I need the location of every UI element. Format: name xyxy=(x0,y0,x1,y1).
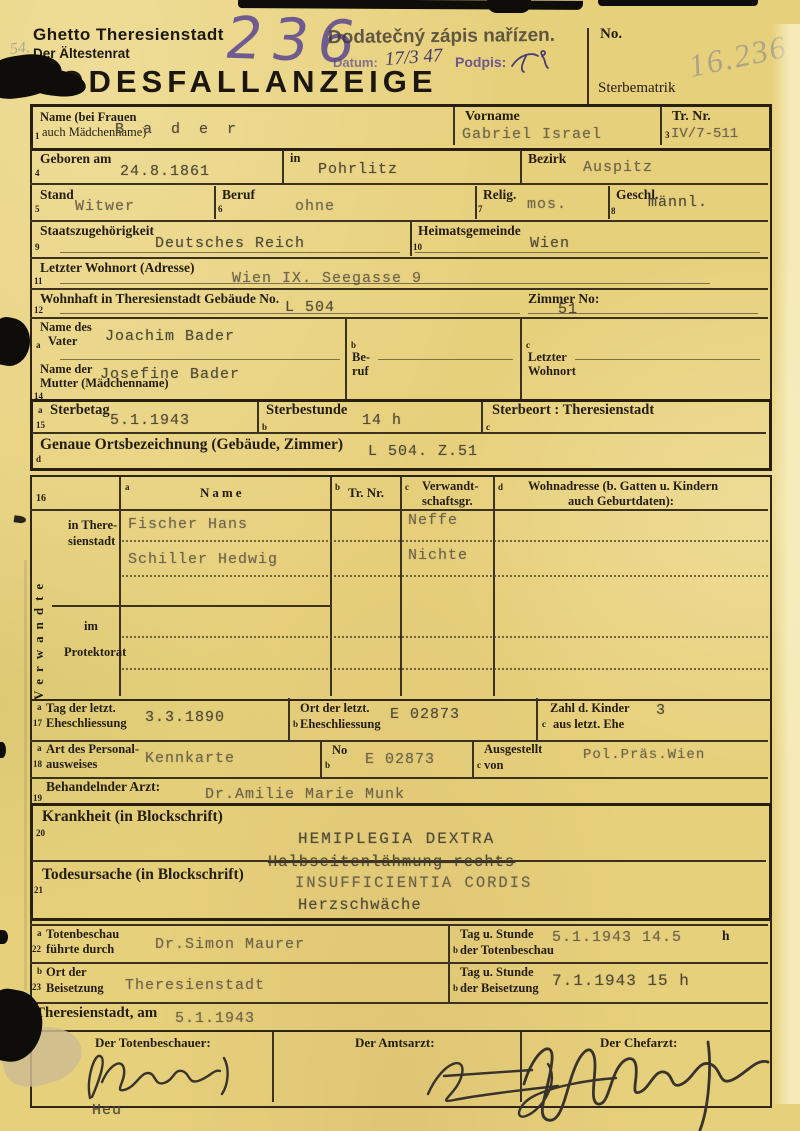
divider xyxy=(453,107,455,145)
geschl-value: männl. xyxy=(648,194,708,211)
kinder-label2: aus letzt. Ehe xyxy=(553,718,624,731)
todesursache-label: Todesursache (in Blockschrift) xyxy=(42,868,244,881)
col-letter: d xyxy=(498,482,503,492)
relative-name: Fischer Hans xyxy=(128,516,248,533)
relative-relation: Nichte xyxy=(408,547,468,564)
dotted-rule xyxy=(122,636,768,638)
todesursache-value-german: Herzschwäche xyxy=(298,896,422,914)
bottom-note: Heu xyxy=(92,1102,122,1119)
ausweis-label: Art des Personal- xyxy=(46,743,139,756)
col-wohnadresse: Wohnadresse (b. Gatten u. Kindern xyxy=(528,480,718,493)
dotted-rule xyxy=(122,540,768,542)
divider xyxy=(536,698,538,740)
field-num: 12 xyxy=(34,305,43,315)
divider xyxy=(282,150,284,183)
field-num: 3 xyxy=(665,130,670,140)
kinder-value: 3 xyxy=(656,702,666,719)
col-verwandtschaft2: schaftsgr. xyxy=(422,495,473,508)
divider xyxy=(660,107,662,145)
ausweis-no-label: No xyxy=(332,744,347,757)
signature-chefarzt xyxy=(512,1032,780,1131)
side-label-verwandte: Verwandte xyxy=(32,505,45,700)
header-divider xyxy=(587,28,589,106)
sterbematrik-label: Sterbematrik xyxy=(598,82,675,95)
ortsbezeichnung-value: L 504. Z.51 xyxy=(368,443,478,460)
field-num: 16 xyxy=(36,493,46,504)
trnr-value: IV/7-511 xyxy=(671,126,738,142)
rule-line xyxy=(60,283,710,284)
beisetzung-zeit-value: 7.1.1943 15 h xyxy=(552,972,690,990)
totenbeschau-label: Totenbeschau xyxy=(46,928,119,941)
geboren-value: 24.8.1861 xyxy=(120,163,210,180)
margin-speck xyxy=(0,930,8,944)
rule-line xyxy=(60,313,520,314)
ausgestellt-label2: von xyxy=(484,759,503,772)
col-verwandtschaft: Verwandt- xyxy=(422,480,478,493)
field-letter: c xyxy=(477,760,481,770)
row-line xyxy=(30,220,768,222)
todesursache-value-latin: INSUFFICIENTIA CORDIS xyxy=(295,874,532,892)
field-letter: b xyxy=(293,719,298,729)
ehe-tag-label2: Eheschliessung xyxy=(46,717,127,730)
in-label: in xyxy=(290,152,300,165)
divider xyxy=(214,186,216,219)
field-letter: b xyxy=(262,422,267,432)
stand-label: Stand xyxy=(40,188,74,201)
field-letter: b xyxy=(453,983,458,993)
sterbe-box xyxy=(30,399,772,471)
divider xyxy=(475,186,477,219)
field-letter: a xyxy=(38,405,43,415)
beisetzung-ort-value: Theresienstadt xyxy=(125,977,265,994)
field-letter: b xyxy=(453,945,458,955)
tb-zeit-label: Tag u. Stunde xyxy=(460,928,534,941)
group-theresienstadt2: sienstadt xyxy=(68,535,115,548)
field-letter: a xyxy=(37,743,42,753)
stamp-podpis-label: Podpis: xyxy=(455,54,506,70)
geboren-label: Geboren am xyxy=(40,152,111,165)
vater-value: Joachim Bader xyxy=(105,328,235,345)
ausweis-value: Kennkarte xyxy=(145,750,235,767)
beisetzung-zeit-label2: der Beisetzung xyxy=(460,982,539,995)
relig-label: Relig. xyxy=(483,188,516,201)
divider xyxy=(448,925,450,1002)
divider xyxy=(400,477,402,696)
group-protektorat: im xyxy=(84,620,98,633)
col-letter: a xyxy=(125,482,130,492)
beisetzung-ort-label: Ort der xyxy=(46,966,87,979)
footer-date-value: 5.1.1943 xyxy=(175,1010,255,1027)
divider xyxy=(472,741,474,777)
field-num: 4 xyxy=(35,168,40,178)
field-num: 17 xyxy=(33,718,42,728)
tb-zeit-label2: der Totenbeschau xyxy=(460,944,554,957)
krankheit-value-latin: HEMIPLEGIA DEXTRA xyxy=(298,830,495,848)
field-num: 11 xyxy=(34,276,43,286)
stamp-signature xyxy=(508,46,552,76)
krankheit-value-german: Halbseitenlähmung rechts xyxy=(268,853,515,871)
field-letter: a xyxy=(37,928,42,938)
right-margin-light xyxy=(772,24,800,1104)
dotted-rule xyxy=(122,575,768,577)
divider xyxy=(257,402,259,432)
beisetzung-ort-label2: Beisetzung xyxy=(46,982,104,995)
field-letter: b xyxy=(351,340,356,350)
row-line xyxy=(30,509,768,511)
ehe-ort-label2: Eheschliessung xyxy=(300,718,381,731)
field-num: 22 xyxy=(32,944,41,954)
divider xyxy=(345,318,347,399)
mutter-label: Name der xyxy=(40,363,92,376)
geburtsort-value: Pohrlitz xyxy=(318,161,398,178)
org-name: Ghetto Theresienstadt xyxy=(33,25,224,45)
staat-label: Staatszugehörigkeit xyxy=(40,224,154,237)
totenbeschau-value: Dr.Simon Maurer xyxy=(155,936,305,953)
form-title: TODESFALLANZEIGE xyxy=(36,64,438,100)
rule-line xyxy=(415,252,760,253)
field-num: 5 xyxy=(35,204,40,214)
zimmer-value: 51 xyxy=(558,301,578,318)
field-num: 15 xyxy=(36,420,45,430)
col-name: Name xyxy=(200,486,245,499)
eltern-wohnort-label: Letzter xyxy=(528,351,567,364)
divider xyxy=(520,150,522,183)
staat-value: Deutsches Reich xyxy=(155,235,305,252)
arzt-label: Behandelnder Arzt: xyxy=(46,780,160,793)
wohnhaft-label: Wohnhaft in Theresienstadt Gebäude No. xyxy=(40,292,279,305)
sterbetag-value: 5.1.1943 xyxy=(110,412,190,429)
vorname-value: Gabriel Israel xyxy=(462,126,602,143)
trnr-label: Tr. Nr. xyxy=(672,110,711,123)
row-line xyxy=(30,288,768,290)
ausweis-label2: ausweises xyxy=(46,758,97,771)
ausweis-no-value: E 02873 xyxy=(365,751,435,768)
ausgestellt-value: Pol.Präs.Wien xyxy=(583,747,705,763)
signature-totenbeschauer xyxy=(82,1042,242,1104)
field-letter: b xyxy=(325,760,330,770)
divider xyxy=(481,402,483,432)
row-line xyxy=(30,924,768,926)
field-letter: b xyxy=(37,966,42,976)
margin-speck xyxy=(0,742,6,758)
row-line xyxy=(30,317,768,319)
field-letter: c xyxy=(526,340,530,350)
stand-value: Witwer xyxy=(75,198,135,215)
margin-mark xyxy=(14,515,27,524)
field-letter: a xyxy=(36,340,41,350)
kinder-label: Zahl d. Kinder xyxy=(550,702,630,715)
group-protektorat2: Protektorat xyxy=(64,646,126,659)
relative-relation: Neffe xyxy=(408,512,458,529)
col-wohnadresse2: auch Geburtdaten): xyxy=(568,495,674,508)
sterbeort-label: Sterbeort : Theresienstadt xyxy=(492,404,654,417)
sterbestunde-value: 14 h xyxy=(362,412,402,429)
col-trnr: Tr. Nr. xyxy=(348,486,384,499)
group-separator xyxy=(52,605,330,607)
beisetzung-zeit-label: Tag u. Stunde xyxy=(460,966,534,979)
footer-place-label: Theresienstadt, am xyxy=(35,1007,157,1020)
rule-line xyxy=(528,313,758,314)
divider xyxy=(119,477,121,696)
field-letter: c xyxy=(486,422,490,432)
scan-edge-mark xyxy=(487,0,531,13)
divider xyxy=(520,318,522,399)
heimat-label: Heimatsgemeinde xyxy=(418,224,521,237)
sterbestunde-label: Sterbestunde xyxy=(266,404,347,417)
field-num: 19 xyxy=(33,793,42,803)
totenbeschau-label2: führte durch xyxy=(46,943,114,956)
sterbetag-label: Sterbetag xyxy=(50,404,110,417)
no-label: No. xyxy=(600,28,622,41)
field-num: 7 xyxy=(478,204,483,214)
field-num: 23 xyxy=(32,982,41,992)
ehe-ort-value: E 02873 xyxy=(390,706,460,723)
tb-zeit-unit: h xyxy=(722,929,730,942)
wohnort-value: Wien IX. Seegasse 9 xyxy=(232,270,422,287)
relig-value: mos. xyxy=(527,196,567,213)
ortsbezeichnung-label: Genaue Ortsbezeichnung (Gebäude, Zimmer) xyxy=(40,438,343,451)
col-letter: b xyxy=(335,482,340,492)
field-num: 20 xyxy=(36,828,45,838)
field-num: 18 xyxy=(33,759,42,769)
krankheit-label: Krankheit (in Blockschrift) xyxy=(42,810,223,823)
ausgestellt-label: Ausgestellt xyxy=(484,743,542,756)
bezirk-value: Auspitz xyxy=(583,159,653,176)
row-line xyxy=(30,1002,768,1004)
vater-label: Name des xyxy=(40,321,92,334)
vater-label2: Vater xyxy=(48,335,77,348)
rule-line xyxy=(60,359,340,360)
eltern-beruf-label: Be- xyxy=(352,351,370,364)
field-letter: a xyxy=(37,702,42,712)
field-num: 1 xyxy=(35,131,40,141)
col-letter: c xyxy=(405,482,409,492)
field-num: 6 xyxy=(218,204,223,214)
bezirk-label: Bezirk xyxy=(528,152,566,165)
field-num: 21 xyxy=(34,885,43,895)
arzt-value: Dr.Amilie Marie Munk xyxy=(205,786,405,803)
field-num: 9 xyxy=(35,242,40,252)
divider xyxy=(330,477,332,696)
row-line xyxy=(30,740,768,742)
eltern-beruf-label2: ruf xyxy=(352,365,369,378)
name-value: B a d e r xyxy=(115,121,241,138)
field-letter: c xyxy=(542,719,546,729)
left-crease xyxy=(24,560,27,990)
row-line xyxy=(30,183,768,185)
divider xyxy=(410,222,412,256)
divider xyxy=(272,1032,274,1102)
field-num: 10 xyxy=(413,242,422,252)
group-theresienstadt: in There- xyxy=(68,519,117,532)
sig-amtsarzt-label: Der Amtsarzt: xyxy=(355,1036,435,1049)
row-line xyxy=(32,432,766,434)
rule-line xyxy=(378,359,513,360)
wohnort-label: Letzter Wohnort (Adresse) xyxy=(40,261,194,274)
relative-name: Schiller Hedwig xyxy=(128,551,278,568)
beruf-label: Beruf xyxy=(222,188,255,201)
divider xyxy=(288,698,290,740)
field-num: 8 xyxy=(611,206,616,216)
vorname-label: Vorname xyxy=(465,110,520,123)
ehe-tag-label: Tag der letzt. xyxy=(46,702,116,715)
field-letter: d xyxy=(36,454,41,464)
dotted-rule xyxy=(122,668,768,670)
heimat-value: Wien xyxy=(530,235,570,252)
divider xyxy=(320,741,322,777)
divider xyxy=(608,186,610,219)
scan-edge-mark xyxy=(598,0,758,6)
ehe-ort-label: Ort der letzt. xyxy=(300,702,370,715)
row-line xyxy=(30,257,768,259)
beruf-value: ohne xyxy=(295,198,335,215)
tb-zeit-value: 5.1.1943 14.5 xyxy=(552,929,682,946)
divider xyxy=(493,477,495,696)
scanned-form-page: 54. Ghetto Theresienstadt Der Ältestenra… xyxy=(0,0,800,1131)
rule-line xyxy=(60,252,400,253)
ehe-tag-value: 3.3.1890 xyxy=(145,709,225,726)
eltern-wohnort-label2: Wohnort xyxy=(528,365,576,378)
rule-line xyxy=(575,359,760,360)
mutter-value: Josefine Bader xyxy=(100,366,240,383)
row-line xyxy=(30,962,768,964)
